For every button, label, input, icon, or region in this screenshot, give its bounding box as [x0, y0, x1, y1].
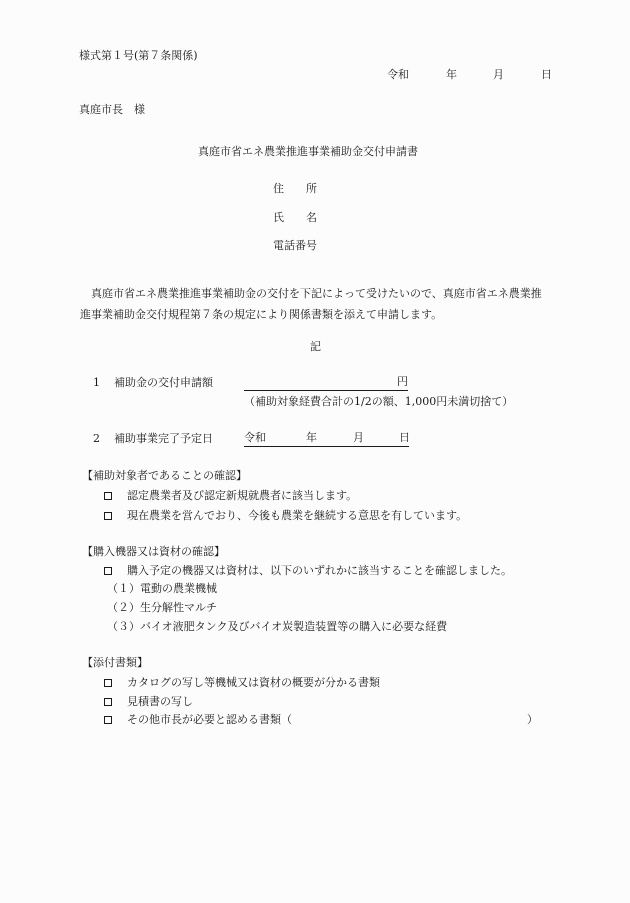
sub-item: （２）生分解性マルチ: [107, 602, 217, 613]
completion-month: 月: [353, 432, 364, 443]
yen-unit: 円: [397, 376, 408, 387]
check-text: 見積書の写し: [127, 696, 193, 707]
checkbox-icon: [104, 567, 112, 575]
phone-label: 電話番号: [273, 240, 317, 251]
amount-field[interactable]: 円: [244, 376, 408, 391]
date-month: 月: [493, 69, 504, 80]
check-text: 現在農業を営んでおり、今後も農業を継続する意思を有しています。: [127, 510, 467, 521]
date-era: 令和: [387, 69, 409, 80]
checkbox-eligibility-2[interactable]: [104, 510, 112, 521]
sub-item: （１）電動の農業機械: [107, 583, 217, 594]
checkbox-icon: [104, 716, 112, 724]
check-text: カタログの写し等機械又は資材の概要が分かる書類: [127, 677, 380, 688]
checkbox-attachment-estimate[interactable]: [104, 696, 112, 707]
checkbox-equipment[interactable]: [104, 565, 112, 576]
addressee: 真庭市長 様: [79, 104, 145, 115]
checkbox-attachment-other[interactable]: [104, 714, 112, 725]
completion-day: 日: [399, 432, 410, 443]
completion-year: 年: [306, 432, 317, 443]
checkbox-icon: [104, 679, 112, 687]
name-label: 氏 名: [273, 212, 317, 223]
section-attachments-heading: 【添付書類】: [82, 657, 148, 668]
checkbox-icon: [104, 492, 112, 500]
amount-note: （補助対象経費合計の1/2の額、1,000円未満切捨て）: [244, 396, 513, 407]
item-1-label: 補助金の交付申請額: [114, 377, 213, 388]
checkbox-icon: [104, 698, 112, 706]
item-1-number: 1: [93, 377, 100, 388]
date-year: 年: [446, 69, 457, 80]
closing-paren: ）: [527, 714, 538, 725]
completion-date-field[interactable]: 令和 年 月 日: [244, 432, 409, 447]
date-day: 日: [541, 69, 552, 80]
sub-item: （３）バイオ液肥タンク及びバイオ炭製造装置等の購入に必要な経費: [107, 621, 447, 632]
section-equipment-heading: 【購入機器又は資材の確認】: [82, 546, 225, 557]
checkbox-icon: [104, 512, 112, 520]
check-text: 購入予定の機器又は資材は、以下のいずれかに該当することを確認しました。: [127, 565, 512, 576]
checkbox-eligibility-1[interactable]: [104, 490, 112, 501]
completion-era: 令和: [244, 432, 266, 443]
document-title: 真庭市省エネ農業推進事業補助金交付申請書: [198, 146, 418, 157]
item-2-label: 補助事業完了予定日: [114, 433, 213, 444]
check-text: 認定農業者及び認定新規就農者に該当します。: [127, 490, 357, 501]
form-id: 様式第１号(第７条関係): [79, 50, 198, 61]
check-text: その他市長が必要と認める書類（: [127, 714, 292, 725]
body-paragraph: 真庭市省エネ農業推進事業補助金の交付を下記によって受けたいので、真庭市省エネ農業…: [80, 283, 550, 325]
ki-heading: 記: [310, 341, 321, 352]
address-label: 住 所: [273, 183, 317, 194]
section-eligibility-heading: 【補助対象者であることの確認】: [82, 470, 247, 481]
checkbox-attachment-catalog[interactable]: [104, 677, 112, 688]
item-2-number: 2: [93, 433, 100, 444]
